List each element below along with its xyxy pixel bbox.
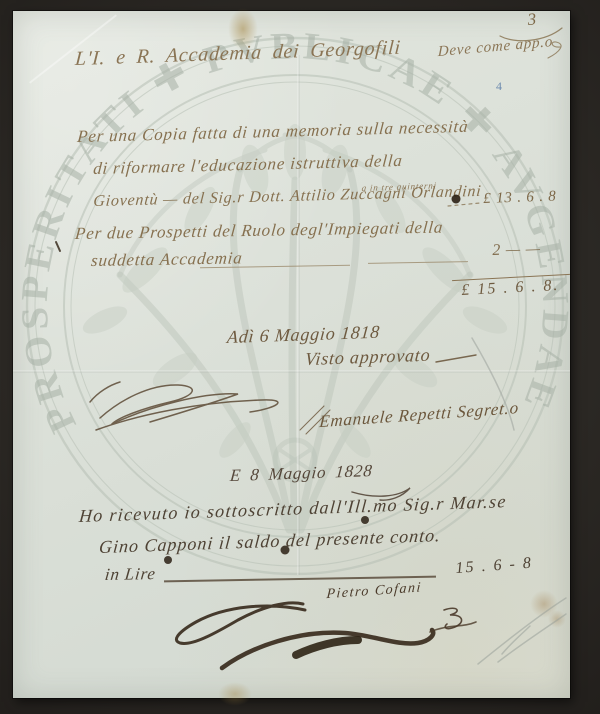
flourish-layer — [0, 0, 600, 714]
entry1-leader-dashes — [448, 203, 480, 206]
scanned-document-photo: { "document": { "folio_number": "3", "re… — [0, 0, 600, 714]
countersignature-flourish — [90, 382, 278, 430]
ink-blots — [164, 195, 461, 565]
pencil-flourishes — [472, 338, 566, 664]
left-margin-tick — [56, 242, 60, 251]
secretary-lead-strokes — [300, 406, 330, 434]
visto-tail-stroke — [436, 355, 476, 362]
folio-underline-flourish — [500, 28, 562, 41]
receipt-date-underline-flourish — [352, 488, 410, 500]
large-flourish-tail — [430, 622, 476, 632]
deve-tail-flourish — [548, 42, 561, 58]
large-flourish-thick-accent — [296, 640, 358, 655]
large-flourish-lower — [222, 630, 433, 668]
